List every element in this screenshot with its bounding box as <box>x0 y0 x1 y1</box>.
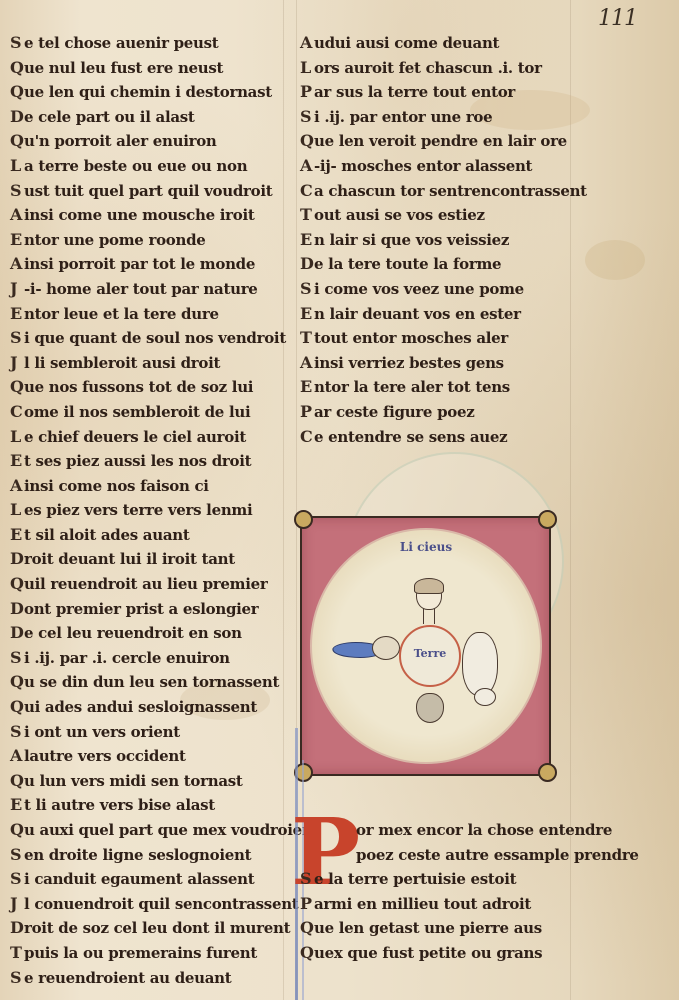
verse-line: Sen droite ligne seslognoient <box>10 843 280 868</box>
line-text: l conuendroit quil sencontrassent <box>24 895 298 913</box>
line-initial: Q <box>10 80 24 105</box>
verse-line: Se la terre pertuisie estoit <box>300 867 630 892</box>
line-initial: E <box>10 523 24 548</box>
line-initial: L <box>10 498 24 523</box>
top-figure-icon <box>408 580 446 625</box>
verse-line: Entor leue et la tere dure <box>10 302 280 327</box>
line-initial: S <box>10 843 24 868</box>
verse-line: Le chief deuers le ciel auroit <box>10 425 280 450</box>
verse-line: Ca chascun tor sentrencontrassent <box>300 179 560 204</box>
line-text: insi come une mousche iroit <box>24 206 255 224</box>
line-text: ar sus la terre tout entor <box>314 83 515 101</box>
line-text: l li sembleroit ausi droit <box>24 354 220 372</box>
verse-line: Qu se din dun leu sen tornassent <box>10 670 280 695</box>
line-text: ue nul leu fust ere neust <box>24 59 223 77</box>
line-initial: A <box>10 252 24 277</box>
verse-line: Droit deuant lui il iroit tant <box>10 547 280 572</box>
verse-line: Jl li sembleroit ausi droit <box>10 351 280 376</box>
line-initial: Q <box>300 941 314 966</box>
line-text: or mex encor la chose entendre <box>356 821 612 839</box>
verse-line: La terre beste ou eue ou non <box>10 154 280 179</box>
line-text: i que quant de soul nos vendroit <box>24 329 286 347</box>
sky-circle: Li cieus Terre <box>310 528 542 764</box>
verse-line: Et li autre vers bise alast <box>10 793 280 818</box>
verse-line: Si .ij. par .i. cercle enuiron <box>10 646 280 671</box>
line-initial: S <box>10 179 24 204</box>
verse-line: Ttout entor mosches aler <box>300 326 560 351</box>
line-initial: E <box>300 228 314 253</box>
line-text: uil reuendroit au lieu premier <box>24 575 267 593</box>
earth-circle: Terre <box>399 625 461 687</box>
line-initial: E <box>300 302 314 327</box>
line-initial: A <box>300 31 314 56</box>
verse-line: Alautre vers occident <box>10 744 280 769</box>
line-text: t sil aloit ades auant <box>24 526 189 544</box>
earth-label: Terre <box>401 647 459 660</box>
line-text: udui ausi come deuant <box>314 34 499 52</box>
line-text: e entendre se sens auez <box>314 428 507 446</box>
verse-line: Si canduit egaument alassent <box>10 867 280 892</box>
line-initial: A <box>300 351 314 376</box>
verse-line: Que len veroit pendre en lair ore <box>300 129 560 154</box>
verse-line: Qu'n porroit aler enuiron <box>10 129 280 154</box>
verse-line: Quex que fust petite ou grans <box>300 941 630 966</box>
line-initial: J <box>10 351 24 376</box>
verse-line: Si ont un vers orient <box>10 720 280 745</box>
line-initial: E <box>10 302 24 327</box>
line-initial: P <box>300 80 314 105</box>
line-text: -ij- mosches entor alassent <box>314 157 532 175</box>
line-initial: A <box>10 474 24 499</box>
line-text: ors auroit fet chascun .i. tor <box>314 59 542 77</box>
line-text: ue len getast une pierre aus <box>314 919 542 937</box>
verse-line: Si que quant de soul nos vendroit <box>10 326 280 351</box>
line-initial: Q <box>10 375 24 400</box>
line-text: lautre vers occident <box>24 747 186 765</box>
line-text: i .ij. par entor une roe <box>314 108 492 126</box>
verse-line: Audui ausi come deuant <box>300 31 560 56</box>
gold-corner-boss <box>538 510 557 529</box>
verse-line: Come il nos sembleroit de lui <box>10 400 280 425</box>
line-initial: S <box>10 720 24 745</box>
right-figure-icon <box>458 628 502 712</box>
line-initial: T <box>300 326 314 351</box>
right-text-column: Audui ausi come deuantLors auroit fet ch… <box>300 31 560 449</box>
cosmological-miniature: Li cieus Terre <box>300 516 551 776</box>
line-initial: S <box>10 31 24 56</box>
line-text: n lair si que vos veissiez <box>314 231 509 249</box>
gold-corner-boss <box>294 510 313 529</box>
line-initial: D <box>10 621 24 646</box>
line-initial: A <box>10 744 24 769</box>
line-text: ue len qui chemin i destornast <box>24 83 272 101</box>
line-initial: J <box>10 277 24 302</box>
line-initial: S <box>300 277 314 302</box>
line-initial: S <box>10 326 24 351</box>
line-initial: E <box>300 375 314 400</box>
verse-line: Entor une pome roonde <box>10 228 280 253</box>
line-text: armi en millieu tout adroit <box>314 895 531 913</box>
verse-line: Dont premier prist a eslongier <box>10 597 280 622</box>
verse-line: Se reuendroient au deuant <box>10 966 280 991</box>
line-initial: A <box>300 154 314 179</box>
line-text: ust tuit quel part quil voudroit <box>24 182 272 200</box>
verse-line: Jl conuendroit quil sencontrassent <box>10 892 280 917</box>
line-initial: L <box>10 425 24 450</box>
line-text: u se din dun leu sen tornassent <box>24 673 279 691</box>
verse-line: Se tel chose auenir peust <box>10 31 280 56</box>
line-initial: C <box>10 400 24 425</box>
line-text: tout entor mosches aler <box>314 329 508 347</box>
verse-line: Que len qui chemin i destornast <box>10 80 280 105</box>
bottom-text-block: or mex encor la chose entendrepoez ceste… <box>300 818 630 965</box>
stain <box>585 240 645 280</box>
verse-line: Les piez vers terre vers lenmi <box>10 498 280 523</box>
verse-line: Et sil aloit ades auant <box>10 523 280 548</box>
line-initial: S <box>10 966 24 991</box>
verse-line: or mex encor la chose entendre <box>300 818 630 843</box>
verse-line: Sust tuit quel part quil voudroit <box>10 179 280 204</box>
line-initial: D <box>10 916 24 941</box>
line-initial: Q <box>300 916 314 941</box>
line-text: a chascun tor sentrencontrassent <box>314 182 587 200</box>
line-text: ui ades andui sesloignassent <box>24 698 257 716</box>
verse-line: Ainsi verriez bestes gens <box>300 351 560 376</box>
verse-line: Qui ades andui sesloignassent <box>10 695 280 720</box>
verse-line: Qu lun vers midi sen tornast <box>10 769 280 794</box>
line-text: u'n porroit aler enuiron <box>24 132 217 150</box>
verse-line: Que nos fussons tot de soz lui <box>10 375 280 400</box>
line-text: roit deuant lui il iroit tant <box>24 550 235 568</box>
verse-line: Tpuis la ou premerains furent <box>10 941 280 966</box>
line-text: e chief deuers le ciel auroit <box>24 428 246 446</box>
line-text: ntor la tere aler tot tens <box>314 378 510 396</box>
line-text: i come vos veez une pome <box>314 280 524 298</box>
verse-line: Que len getast une pierre aus <box>300 916 630 941</box>
verse-line: Entor la tere aler tot tens <box>300 375 560 400</box>
line-text: e reuendroient au deuant <box>24 969 231 987</box>
line-text: i .ij. par .i. cercle enuiron <box>24 649 230 667</box>
verse-line: Que nul leu fust ere neust <box>10 56 280 81</box>
verse-line: Ce entendre se sens auez <box>300 425 560 450</box>
line-initial: Q <box>10 695 24 720</box>
line-text: n lair deuant vos en ester <box>314 305 521 323</box>
line-initial: S <box>300 105 314 130</box>
line-text: ar ceste figure poez <box>314 403 474 421</box>
line-initial: D <box>300 252 314 277</box>
line-initial: L <box>300 56 314 81</box>
line-initial: Q <box>10 56 24 81</box>
line-text: ome il nos sembleroit de lui <box>24 403 250 421</box>
line-initial: D <box>10 105 24 130</box>
line-text: uex que fust petite ou grans <box>314 944 542 962</box>
line-initial: Q <box>300 129 314 154</box>
verse-line: Si come vos veez une pome <box>300 277 560 302</box>
line-text: e tel chose auenir peust <box>24 34 218 52</box>
verse-line: J-i- home aler tout par nature <box>10 277 280 302</box>
verse-line: Lors auroit fet chascun .i. tor <box>300 56 560 81</box>
line-text: puis la ou premerains furent <box>24 944 257 962</box>
line-initial: E <box>10 228 24 253</box>
line-initial: D <box>10 547 24 572</box>
line-initial: S <box>10 867 24 892</box>
line-text: a terre beste ou eue ou non <box>24 157 247 175</box>
sky-label: Li cieus <box>312 540 540 554</box>
line-initial: E <box>10 449 24 474</box>
line-initial: Q <box>10 572 24 597</box>
line-text: t li autre vers bise alast <box>24 796 215 814</box>
verse-line: De cele part ou il alast <box>10 105 280 130</box>
line-initial: J <box>10 892 24 917</box>
line-initial: Q <box>10 670 24 695</box>
verse-line: Tout ausi se vos estiez <box>300 203 560 228</box>
line-initial: A <box>10 203 24 228</box>
line-text: ntor leue et la tere dure <box>24 305 219 323</box>
verse-line: De la tere toute la forme <box>300 252 560 277</box>
line-text: u lun vers midi sen tornast <box>24 772 243 790</box>
left-text-column: Se tel chose auenir peustQue nul leu fus… <box>10 31 280 990</box>
line-text: out ausi se vos estiez <box>314 206 485 224</box>
line-text: t ses piez aussi les nos droit <box>24 452 251 470</box>
verse-line: Ainsi come nos faison ci <box>10 474 280 499</box>
line-text: insi porroit par tot le monde <box>24 255 255 273</box>
line-initial: P <box>300 400 314 425</box>
line-text: poez ceste autre essample prendre <box>356 846 639 864</box>
line-initial: D <box>10 597 24 622</box>
verse-line: Qu auxi quel part que mex voudroient <box>10 818 280 843</box>
manuscript-page: 111 Se tel chose auenir peustQue nul leu… <box>0 0 679 1000</box>
line-initial: Q <box>10 129 24 154</box>
line-text: e cele part ou il alast <box>24 108 195 126</box>
line-initial: L <box>10 154 24 179</box>
line-initial: C <box>300 179 314 204</box>
line-initial: S <box>300 867 314 892</box>
verse-line: Quil reuendroit au lieu premier <box>10 572 280 597</box>
line-text: i ont un vers orient <box>24 723 180 741</box>
line-text: e la terre pertuisie estoit <box>314 870 516 888</box>
line-initial: Q <box>10 818 24 843</box>
line-initial: P <box>300 892 314 917</box>
verse-line: De cel leu reuendroit en son <box>10 621 280 646</box>
line-text: e cel leu reuendroit en son <box>24 624 242 642</box>
verse-line: Ainsi come une mousche iroit <box>10 203 280 228</box>
verse-line: A-ij- mosches entor alassent <box>300 154 560 179</box>
line-text: ntor une pome roonde <box>24 231 206 249</box>
bottom-figure-icon <box>412 685 446 723</box>
line-text: ue len veroit pendre en lair ore <box>314 132 567 150</box>
line-initial: T <box>10 941 24 966</box>
verse-line: En lair deuant vos en ester <box>300 302 560 327</box>
verse-line: Parmi en millieu tout adroit <box>300 892 630 917</box>
verse-line: Ainsi porroit par tot le monde <box>10 252 280 277</box>
line-initial: Q <box>10 769 24 794</box>
line-initial: T <box>300 203 314 228</box>
verse-line: Si .ij. par entor une roe <box>300 105 560 130</box>
line-initial: C <box>300 425 314 450</box>
line-text: ont premier prist a eslongier <box>24 600 258 618</box>
line-initial: E <box>10 793 24 818</box>
line-text: ue nos fussons tot de soz lui <box>24 378 253 396</box>
line-text: insi come nos faison ci <box>24 477 209 495</box>
left-figure-icon <box>332 634 400 664</box>
verse-line: Par sus la terre tout entor <box>300 80 560 105</box>
line-text: u auxi quel part que mex voudroient <box>24 821 319 839</box>
line-text: en droite ligne seslognoient <box>24 846 251 864</box>
ruling-line <box>283 0 284 1000</box>
line-text: i canduit egaument alassent <box>24 870 254 888</box>
verse-line: Droit de soz cel leu dont il murent <box>10 916 280 941</box>
verse-line: Par ceste figure poez <box>300 400 560 425</box>
line-initial: S <box>10 646 24 671</box>
verse-line: Et ses piez aussi les nos droit <box>10 449 280 474</box>
line-text: roit de soz cel leu dont il murent <box>24 919 290 937</box>
verse-line: poez ceste autre essample prendre <box>300 843 630 868</box>
gold-corner-boss <box>538 763 557 782</box>
line-text: es piez vers terre vers lenmi <box>24 501 252 519</box>
line-text: insi verriez bestes gens <box>314 354 504 372</box>
line-text: e la tere toute la forme <box>314 255 501 273</box>
folio-number: 111 <box>598 6 637 31</box>
line-text: -i- home aler tout par nature <box>24 280 258 298</box>
verse-line: En lair si que vos veissiez <box>300 228 560 253</box>
